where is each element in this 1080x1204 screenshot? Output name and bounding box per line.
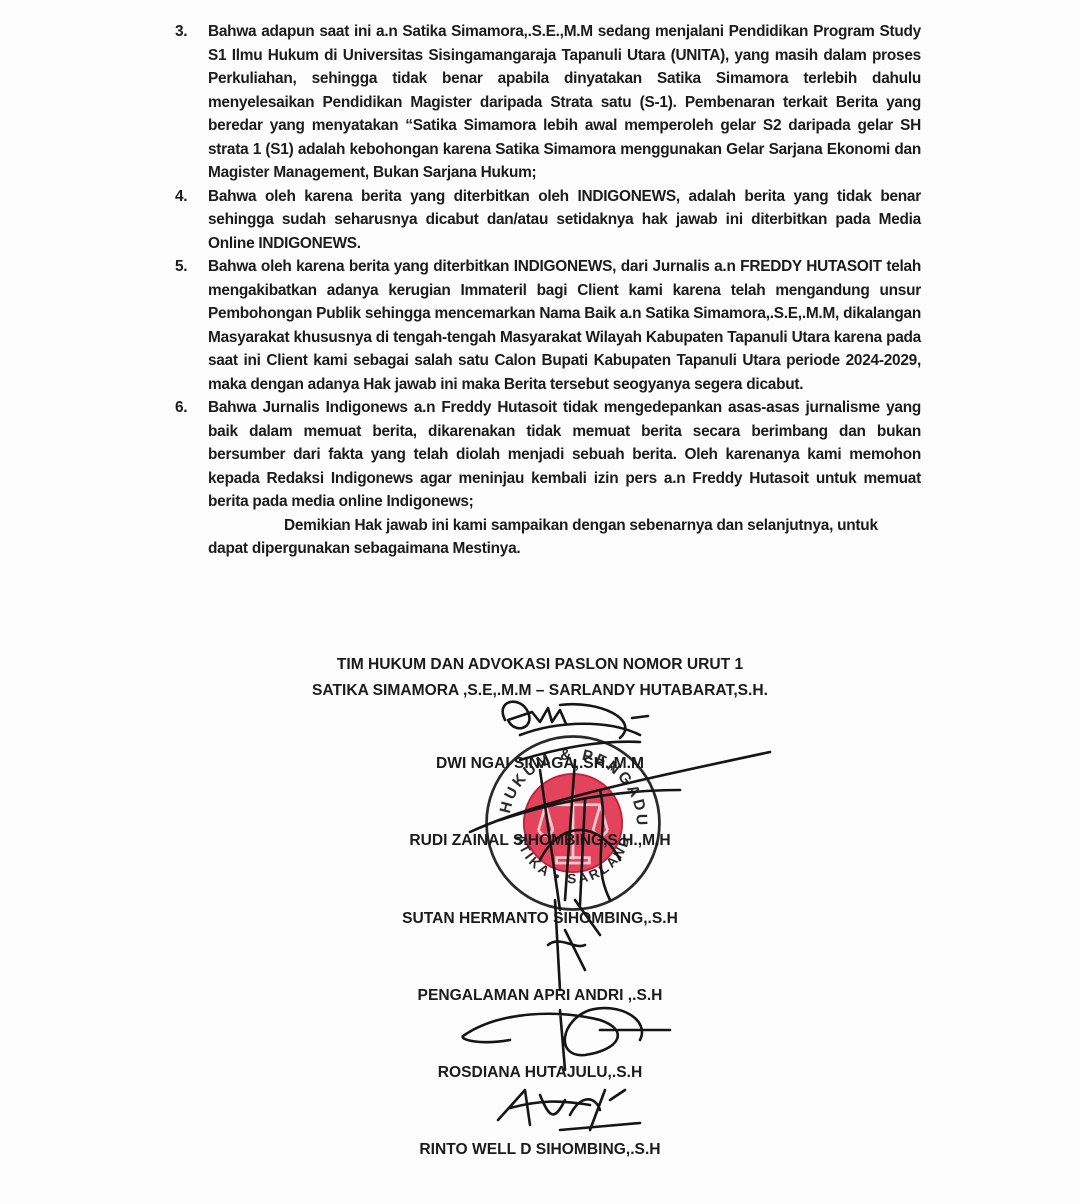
item-text: Bahwa adapun saat ini a.n Satika Simamor… — [208, 20, 921, 185]
signature-5 — [498, 1090, 640, 1130]
item-number: 5. — [175, 255, 187, 279]
document-page: 3. Bahwa adapun saat ini a.n Satika Sima… — [0, 0, 1080, 1204]
signatory-name: PENGALAMAN APRI ANDRI ,.S.H — [0, 987, 1080, 1005]
item-number: 6. — [175, 396, 187, 420]
list-item-6: 6. Bahwa Jurnalis Indigonews a.n Freddy … — [175, 396, 921, 514]
list-item-5: 5. Bahwa oleh karena berita yang diterbi… — [175, 255, 921, 396]
item-text: Bahwa oleh karena berita yang diterbitka… — [208, 185, 921, 256]
team-title: TIM HUKUM DAN ADVOKASI PASLON NOMOR URUT… — [0, 652, 1080, 678]
item-number: 3. — [175, 20, 187, 44]
signature-4 — [463, 1008, 670, 1070]
item-number: 4. — [175, 185, 187, 209]
list-item-3: 3. Bahwa adapun saat ini a.n Satika Sima… — [175, 20, 921, 185]
signature-heading: TIM HUKUM DAN ADVOKASI PASLON NOMOR URUT… — [0, 652, 1080, 704]
list-item-4: 4. Bahwa oleh karena berita yang diterbi… — [175, 185, 921, 256]
signatory-name: RINTO WELL D SIHOMBING,.S.H — [0, 1141, 1080, 1159]
signatory-name: ROSDIANA HUTAJULU,.S.H — [0, 1064, 1080, 1082]
document-body: 3. Bahwa adapun saat ini a.n Satika Sima… — [175, 20, 921, 561]
signatory-name: SUTAN HERMANTO SIHOMBING,.S.H — [0, 910, 1080, 928]
signatory-name: RUDI ZAINAL SIHOMBING,S.H.,M.H — [0, 832, 1080, 850]
item-text: Bahwa Jurnalis Indigonews a.n Freddy Hut… — [208, 396, 921, 514]
item-text: Bahwa oleh karena berita yang diterbitka… — [208, 255, 921, 396]
candidate-pair: SATIKA SIMAMORA ,S.E,.M.M – SARLANDY HUT… — [0, 678, 1080, 704]
closing-paragraph: Demikian Hak jawab ini kami sampaikan de… — [175, 514, 921, 561]
signatory-name: DWI NGAI SINAGA,.SH.,M.M — [0, 755, 1080, 773]
